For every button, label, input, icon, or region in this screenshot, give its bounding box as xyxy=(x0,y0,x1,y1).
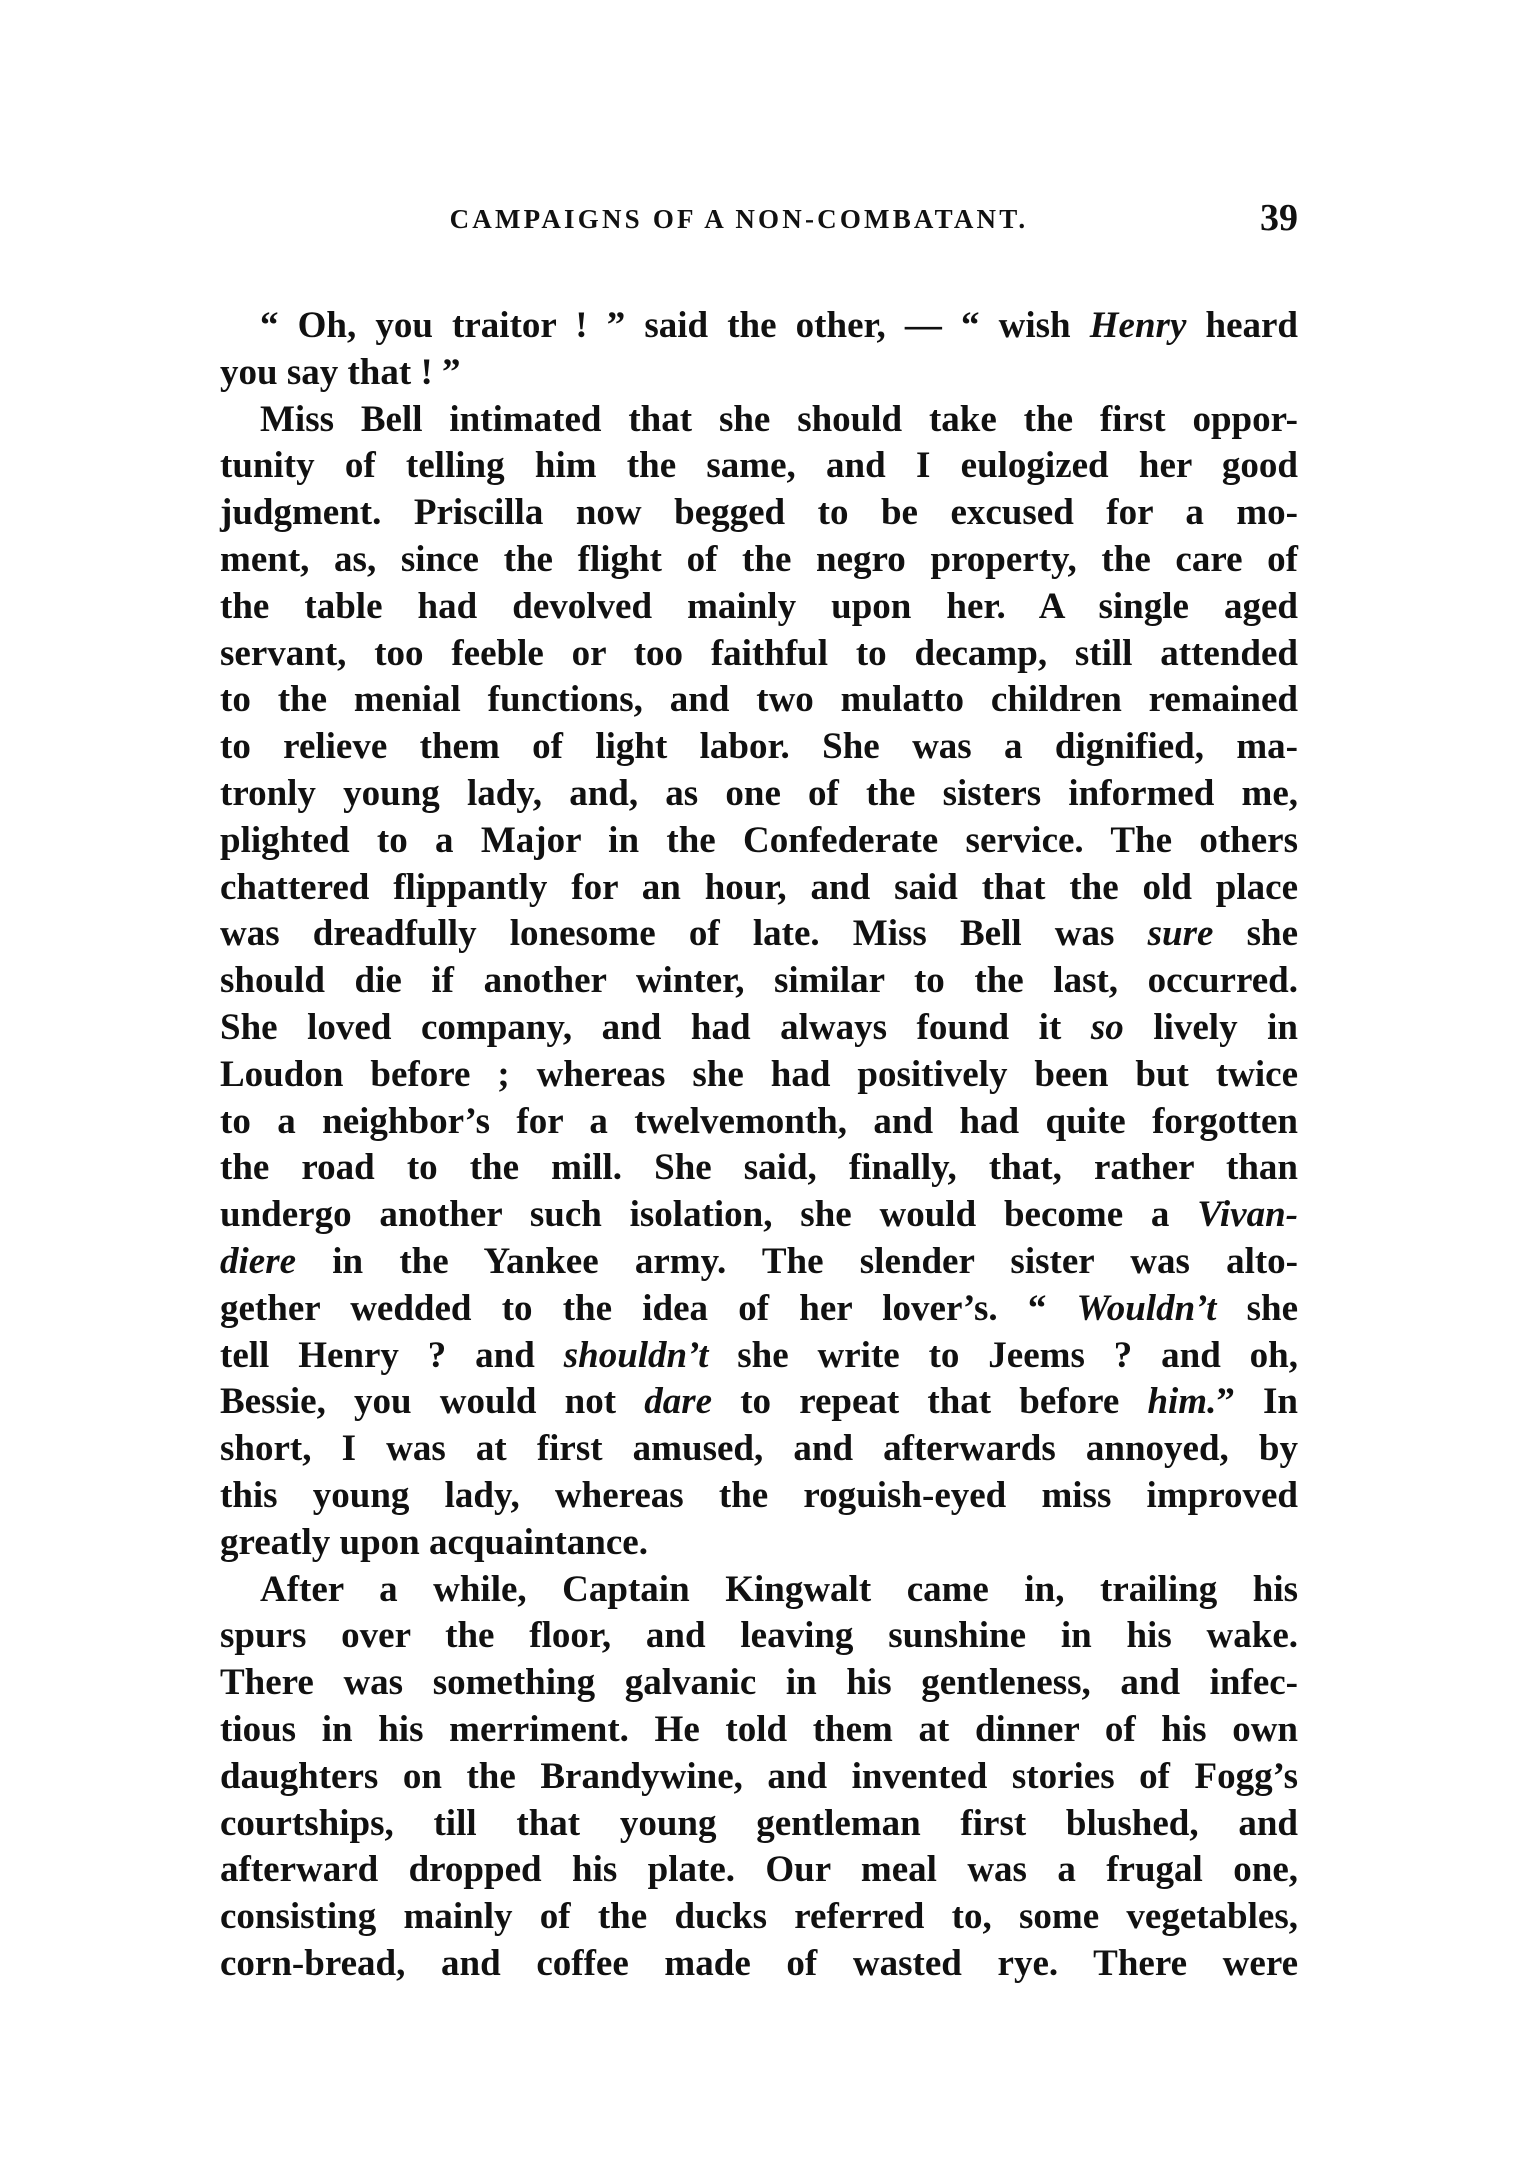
text-line: Loudon before ; whereas she had positive… xyxy=(220,1052,1298,1099)
text-line: courtships, till that young gentleman fi… xyxy=(220,1801,1298,1848)
text-line: servant, too feeble or too faithful to d… xyxy=(220,631,1298,678)
text-segment: the table had devolved mainly upon her. … xyxy=(220,586,1298,627)
text-line: tell Henry ? and shouldn’t she write to … xyxy=(220,1333,1298,1380)
text-line: gether wedded to the idea of her lover’s… xyxy=(220,1286,1298,1333)
text-segment: Loudon before ; whereas she had positive… xyxy=(220,1054,1298,1095)
text-segment: you say that ! ” xyxy=(220,352,461,393)
text-segment: tronly young lady, and, as one of the si… xyxy=(220,773,1298,814)
text-line: to relieve them of light labor. She was … xyxy=(220,724,1298,771)
italic-text: diere xyxy=(220,1241,296,1282)
text-line: tronly young lady, and, as one of the si… xyxy=(220,771,1298,818)
text-line: spurs over the floor, and leaving sunshi… xyxy=(220,1613,1298,1660)
text-line: plighted to a Major in the Confederate s… xyxy=(220,818,1298,865)
text-segment: Miss Bell intimated that she should take… xyxy=(260,399,1298,440)
text-line: you say that ! ” xyxy=(220,350,1298,397)
text-segment: “ Oh, you traitor ! ” said the other, — … xyxy=(260,305,1090,346)
text-segment: After a while, Captain Kingwalt came in,… xyxy=(260,1569,1298,1610)
text-segment: courtships, till that young gentleman fi… xyxy=(220,1803,1298,1844)
text-segment: to repeat that before xyxy=(712,1381,1147,1422)
italic-text: him. xyxy=(1147,1381,1216,1422)
text-line: “ Oh, you traitor ! ” said the other, — … xyxy=(220,303,1298,350)
text-line: There was something galvanic in his gent… xyxy=(220,1660,1298,1707)
italic-text: dare xyxy=(644,1381,712,1422)
text-segment: corn-bread, and coffee made of wasted ry… xyxy=(220,1943,1298,1984)
text-segment: tious in his merriment. He told them at … xyxy=(220,1709,1298,1750)
text-line: judgment. Priscilla now begged to be exc… xyxy=(220,490,1298,537)
italic-text: so xyxy=(1091,1007,1124,1048)
text-segment: tunity of telling him the same, and I eu… xyxy=(220,445,1298,486)
text-line: the road to the mill. She said, finally,… xyxy=(220,1145,1298,1192)
text-segment: short, I was at first amused, and afterw… xyxy=(220,1428,1298,1469)
text-segment: judgment. Priscilla now begged to be exc… xyxy=(220,492,1298,533)
text-segment: afterward dropped his plate. Our meal wa… xyxy=(220,1849,1298,1890)
text-segment: should die if another winter, similar to… xyxy=(220,960,1298,1001)
text-segment: consisting mainly of the ducks referred … xyxy=(220,1896,1298,1937)
text-line: this young lady, whereas the roguish-eye… xyxy=(220,1473,1298,1520)
italic-text: shouldn’t xyxy=(564,1335,709,1376)
text-segment: plighted to a Major in the Confederate s… xyxy=(220,820,1298,861)
text-segment: tell Henry ? and xyxy=(220,1335,564,1376)
text-segment: in the Yankee army. The slender sister w… xyxy=(296,1241,1298,1282)
text-segment: to a neighbor’s for a twelvemonth, and h… xyxy=(220,1101,1298,1142)
text-segment: she xyxy=(1213,913,1298,954)
text-line: tious in his merriment. He told them at … xyxy=(220,1707,1298,1754)
text-line: chattered flippantly for an hour, and sa… xyxy=(220,865,1298,912)
text-line: Miss Bell intimated that she should take… xyxy=(220,397,1298,444)
text-segment: Bessie, you would not xyxy=(220,1381,644,1422)
text-line: She loved company, and had always found … xyxy=(220,1005,1298,1052)
italic-text: sure xyxy=(1148,913,1214,954)
text-line: corn-bread, and coffee made of wasted ry… xyxy=(220,1941,1298,1988)
text-line: should die if another winter, similar to… xyxy=(220,958,1298,1005)
page-number: 39 xyxy=(1260,196,1298,240)
text-line: short, I was at first amused, and afterw… xyxy=(220,1426,1298,1473)
text-segment: was dreadfully lonesome of late. Miss Be… xyxy=(220,913,1148,954)
text-line: consisting mainly of the ducks referred … xyxy=(220,1894,1298,1941)
text-segment: gether wedded to the idea of her lover’s… xyxy=(220,1288,1077,1329)
text-line: was dreadfully lonesome of late. Miss Be… xyxy=(220,911,1298,958)
text-line: tunity of telling him the same, and I eu… xyxy=(220,443,1298,490)
text-line: to a neighbor’s for a twelvemonth, and h… xyxy=(220,1099,1298,1146)
body-text: “ Oh, you traitor ! ” said the other, — … xyxy=(220,303,1298,1988)
text-line: undergo another such isolation, she woul… xyxy=(220,1192,1298,1239)
text-segment: ” In xyxy=(1216,1381,1298,1422)
text-segment: She loved company, and had always found … xyxy=(220,1007,1091,1048)
text-line: the table had devolved mainly upon her. … xyxy=(220,584,1298,631)
text-segment: greatly upon acquaintance. xyxy=(220,1522,648,1563)
text-segment: the road to the mill. She said, finally,… xyxy=(220,1147,1298,1188)
text-segment: There was something galvanic in his gent… xyxy=(220,1662,1298,1703)
text-line: to the menial functions, and two mulatto… xyxy=(220,677,1298,724)
text-segment: she xyxy=(1216,1288,1298,1329)
text-segment: heard xyxy=(1186,305,1298,346)
text-line: After a while, Captain Kingwalt came in,… xyxy=(220,1567,1298,1614)
text-line: afterward dropped his plate. Our meal wa… xyxy=(220,1847,1298,1894)
book-page: CAMPAIGNS OF A NON-COMBATANT. 39 “ Oh, y… xyxy=(0,0,1523,2184)
text-segment: to the menial functions, and two mulatto… xyxy=(220,679,1298,720)
text-segment: ment, as, since the flight of the negro … xyxy=(220,539,1298,580)
text-line: greatly upon acquaintance. xyxy=(220,1520,1298,1567)
text-segment: spurs over the floor, and leaving sunshi… xyxy=(220,1615,1298,1656)
text-segment: chattered flippantly for an hour, and sa… xyxy=(220,867,1298,908)
running-head: CAMPAIGNS OF A NON-COMBATANT. 39 xyxy=(220,196,1298,246)
italic-text: Vivan- xyxy=(1197,1194,1298,1235)
text-segment: undergo another such isolation, she woul… xyxy=(220,1194,1197,1235)
text-line: daughters on the Brandywine, and invente… xyxy=(220,1754,1298,1801)
text-segment: lively in xyxy=(1124,1007,1298,1048)
text-segment: to relieve them of light labor. She was … xyxy=(220,726,1298,767)
text-line: ment, as, since the flight of the negro … xyxy=(220,537,1298,584)
italic-text: Wouldn’t xyxy=(1077,1288,1217,1329)
italic-text: Henry xyxy=(1090,305,1187,346)
text-line: diere in the Yankee army. The slender si… xyxy=(220,1239,1298,1286)
text-segment: she write to Jeems ? and oh, xyxy=(708,1335,1298,1376)
text-segment: this young lady, whereas the roguish-eye… xyxy=(220,1475,1298,1516)
text-segment: daughters on the Brandywine, and invente… xyxy=(220,1756,1298,1797)
text-segment: servant, too feeble or too faithful to d… xyxy=(220,633,1298,674)
text-line: Bessie, you would not dare to repeat tha… xyxy=(220,1379,1298,1426)
running-title: CAMPAIGNS OF A NON-COMBATANT. xyxy=(220,204,1298,235)
